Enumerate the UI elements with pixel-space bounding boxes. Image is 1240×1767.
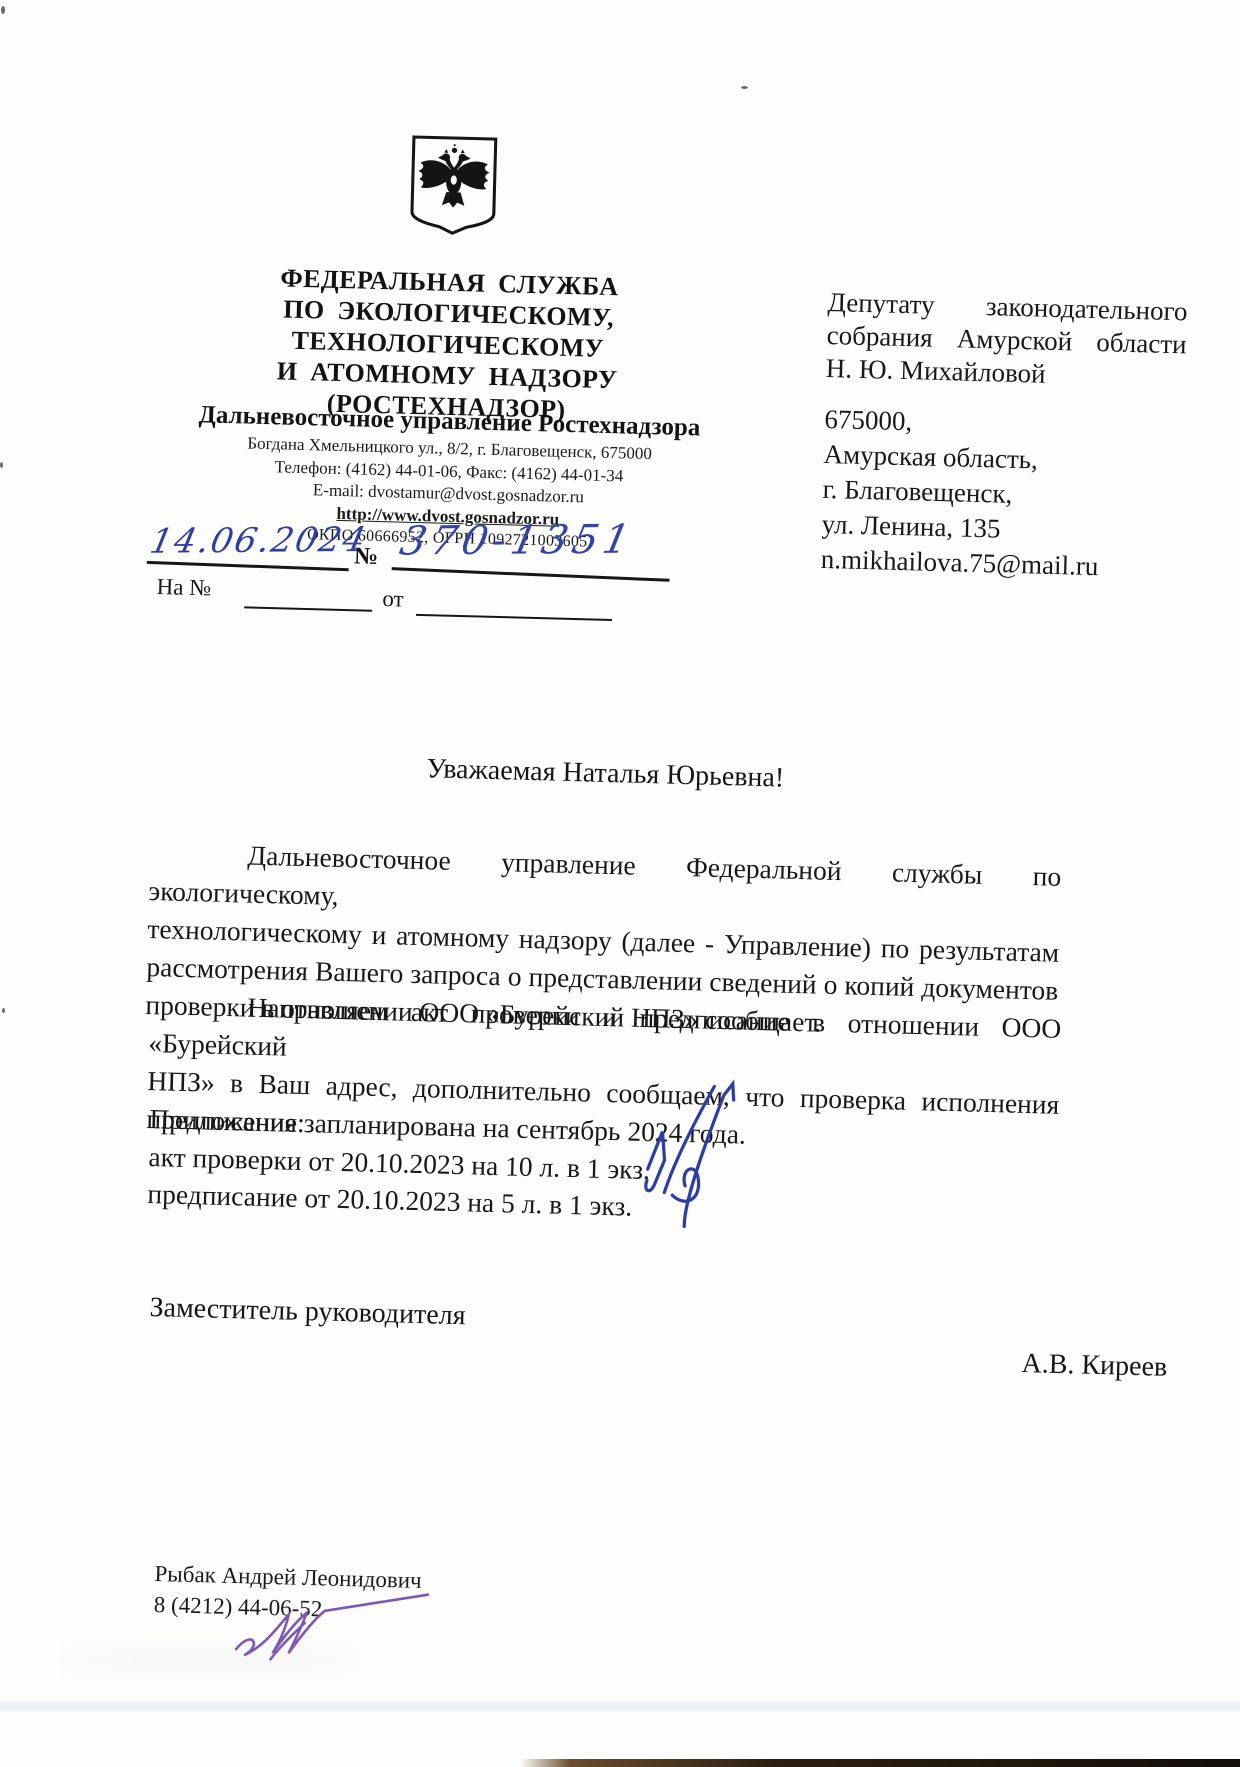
recipient-address: 675000,Амурская область,г. Благовещенск,… — [820, 402, 1184, 586]
reply-date-underline — [416, 614, 612, 621]
signer-position: Заместитель руководителя — [149, 1292, 466, 1332]
number-underline — [392, 567, 670, 582]
salutation: Уважаемая Наталья Юрьевна! — [149, 746, 1062, 802]
scan-streak — [0, 1698, 1240, 1714]
date-underline — [147, 561, 349, 571]
recipient-block: Депутату законодательногособрания Амурск… — [820, 286, 1187, 586]
scan-speck — [1, 6, 5, 14]
reply-from-label: от — [382, 586, 404, 613]
scan-speck — [741, 86, 748, 89]
attachments-block: Приложение:акт проверки от 20.10.2023 на… — [147, 1100, 1062, 1236]
reply-number-label: На № — [156, 574, 211, 601]
reply-number-underline — [244, 606, 372, 611]
scan-smudge — [60, 1640, 360, 1680]
signature-ink — [630, 1076, 782, 1248]
signer-name: А.В. Киреев — [1021, 1348, 1167, 1384]
recipient-name: Депутату законодательногособрания Амурск… — [825, 286, 1187, 394]
scan-edge-shadow — [520, 1759, 1240, 1767]
scan-speck — [0, 462, 3, 468]
coat-of-arms-emblem — [408, 132, 499, 238]
handwritten-number: 370-1351 — [396, 517, 639, 565]
double-headed-eagle-icon — [408, 132, 499, 238]
number-sign: № — [354, 543, 379, 571]
scanned-letter-page: ФЕДЕРАЛЬНАЯ СЛУЖБАПО ЭКОЛОГИЧЕСКОМУ,ТЕХН… — [0, 0, 1240, 1767]
scan-speck — [2, 1008, 5, 1013]
handwritten-date: 14.06.2024 — [147, 520, 371, 562]
